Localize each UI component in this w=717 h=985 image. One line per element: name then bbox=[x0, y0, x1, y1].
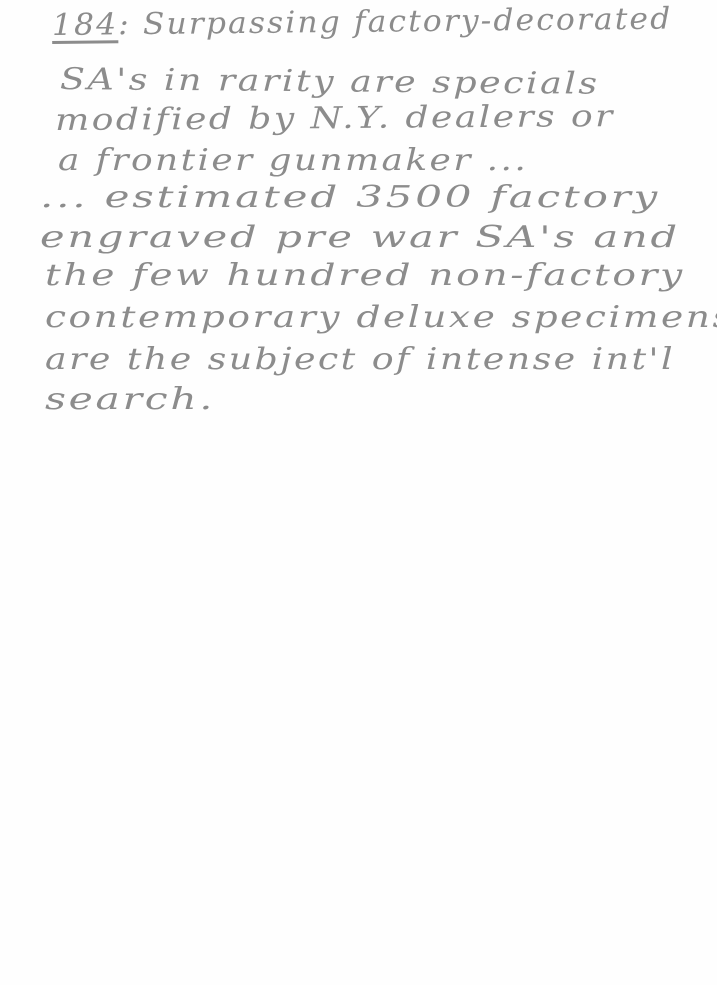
note-text: : Surpassing factory-decorated bbox=[118, 2, 673, 43]
note-line-6: engraved pre war SA's and bbox=[40, 220, 680, 255]
note-line-4: a frontier gunmaker ... bbox=[58, 143, 528, 178]
note-line-2: SA's in rarity are specials bbox=[60, 62, 600, 102]
note-line-8: contemporary deluxe specimens bbox=[45, 300, 717, 335]
note-line-10: search. bbox=[45, 382, 215, 417]
note-line-9: are the subject of intense int'l bbox=[45, 342, 675, 377]
note-line-7: the few hundred non-factory bbox=[45, 258, 685, 293]
note-line-1: 184: Surpassing factory-decorated bbox=[52, 2, 673, 43]
note-line-3: modified by N.Y. dealers or bbox=[55, 99, 615, 138]
entry-number: 184 bbox=[52, 7, 119, 43]
scanned-page: 184: Surpassing factory-decorated SA's i… bbox=[0, 0, 717, 985]
note-line-5: ... estimated 3500 factory bbox=[40, 180, 660, 215]
